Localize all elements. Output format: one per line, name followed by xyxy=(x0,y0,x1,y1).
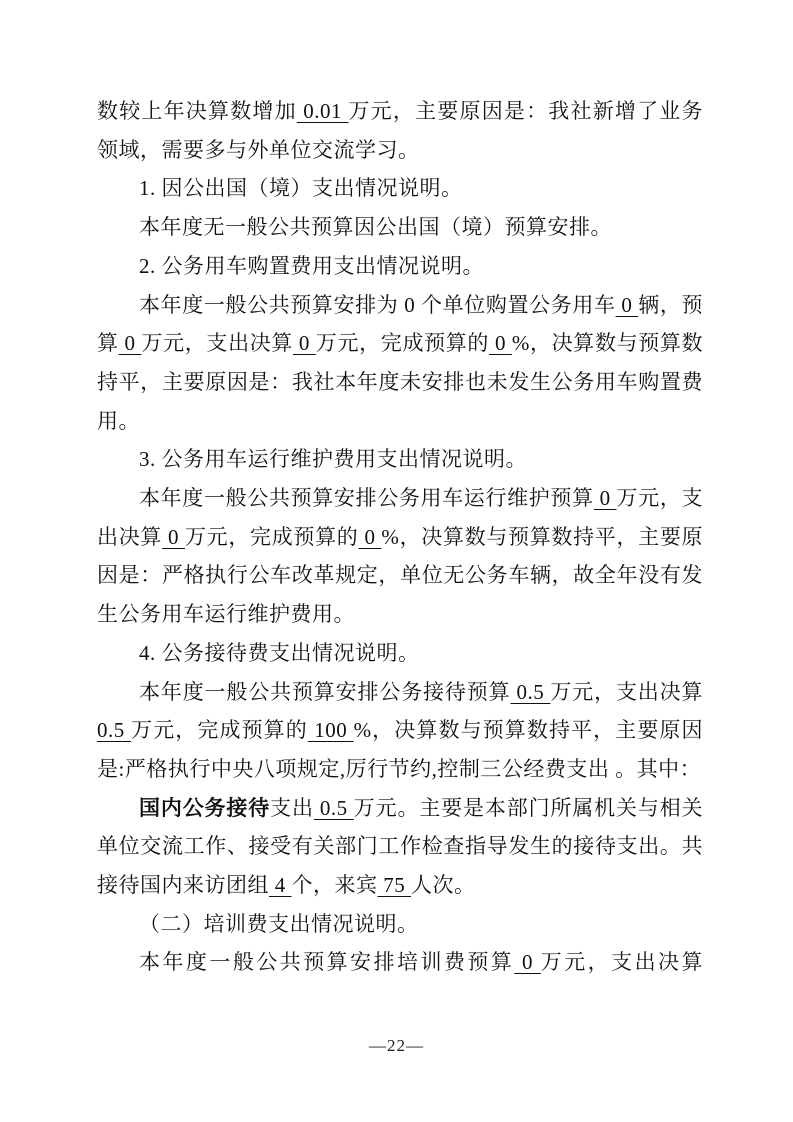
paragraph: 2. 公务用车购置费用支出情况说明。 xyxy=(97,247,703,286)
text-run: 万元，完成预算的 xyxy=(316,331,489,355)
paragraph: 1. 因公出国（境）支出情况说明。 xyxy=(97,169,703,208)
text-run: 3. 公务用车运行维护费用支出情况说明。 xyxy=(139,447,527,471)
paragraph: 数较上年决算数增加 0.01 万元，主要原因是：我社新增了业务领域，需要多与外单… xyxy=(97,92,703,169)
page-number: —22— xyxy=(0,1036,793,1056)
text-run: 万元，支出决算 xyxy=(550,680,703,704)
text-run: 本年度一般公共预算安排培训费预算 xyxy=(139,950,514,974)
text-run: 万元，完成预算的 xyxy=(131,718,308,742)
underlined-value: 0 xyxy=(293,331,316,355)
text-run: （二）培训费支出情况说明。 xyxy=(139,912,419,936)
paragraph: 国内公务接待支出 0.5 万元。主要是本部门所属机关与相关单位交流工作、接受有关… xyxy=(97,789,703,905)
text-run: 2. 公务用车购置费用支出情况说明。 xyxy=(139,254,484,278)
paragraph: 本年度一般公共预算安排培训费预算 0 万元，支出决算 xyxy=(97,943,703,982)
underlined-value: 0 xyxy=(162,525,185,549)
underlined-value: 75 xyxy=(378,873,412,897)
underlined-value: 0 xyxy=(359,525,382,549)
text-run: 4. 公务接待费支出情况说明。 xyxy=(139,641,420,665)
document-body: 数较上年决算数增加 0.01 万元，主要原因是：我社新增了业务领域，需要多与外单… xyxy=(97,92,703,982)
underlined-value: 0 xyxy=(119,331,142,355)
paragraph: 本年度一般公共预算安排为 0 个单位购置公务用车 0 辆，预算 0 万元，支出决… xyxy=(97,286,703,441)
text-run: 本年度一般公共预算安排公务用车运行维护预算 xyxy=(139,486,594,510)
text-run: 万元，支出决算 xyxy=(141,331,293,355)
underlined-value: 0.5 xyxy=(510,680,550,704)
bold-text: 国内公务接待 xyxy=(139,796,270,820)
paragraph: 4. 公务接待费支出情况说明。 xyxy=(97,634,703,673)
underlined-value: 0.01 xyxy=(297,99,349,123)
paragraph: （二）培训费支出情况说明。 xyxy=(97,905,703,944)
underlined-value: 0 xyxy=(594,486,617,510)
text-run: 数较上年决算数增加 xyxy=(97,99,297,123)
text-run: 本年度一般公共预算安排公务接待预算 xyxy=(139,680,510,704)
text-run: 个，来宾 xyxy=(292,873,378,897)
underlined-value: 100 xyxy=(308,718,354,742)
text-run: 万元，完成预算的 xyxy=(185,525,359,549)
text-run: 本年度无一般公共预算因公出国（境）预算安排。 xyxy=(139,215,612,239)
paragraph: 本年度一般公共预算安排公务接待预算 0.5 万元，支出决算 0.5 万元，完成预… xyxy=(97,673,703,789)
underlined-value: 0.5 xyxy=(97,718,131,742)
document-page: 数较上年决算数增加 0.01 万元，主要原因是：我社新增了业务领域，需要多与外单… xyxy=(0,0,793,1122)
paragraph: 本年度无一般公共预算因公出国（境）预算安排。 xyxy=(97,208,703,247)
text-run: 人次。 xyxy=(411,873,476,897)
text-run: 1. 因公出国（境）支出情况说明。 xyxy=(139,176,463,200)
text-run: 万元，支出决算 xyxy=(541,950,703,974)
underlined-value: 0.5 xyxy=(314,796,354,820)
underlined-value: 0 xyxy=(514,950,540,974)
underlined-value: 0 xyxy=(489,331,512,355)
text-run: 支出 xyxy=(270,796,314,820)
underlined-value: 0 xyxy=(616,293,639,317)
paragraph: 3. 公务用车运行维护费用支出情况说明。 xyxy=(97,440,703,479)
paragraph: 本年度一般公共预算安排公务用车运行维护预算 0 万元，支出决算 0 万元，完成预… xyxy=(97,479,703,634)
underlined-value: 4 xyxy=(269,873,292,897)
text-run: 本年度一般公共预算安排为 0 个单位购置公务用车 xyxy=(139,293,616,317)
